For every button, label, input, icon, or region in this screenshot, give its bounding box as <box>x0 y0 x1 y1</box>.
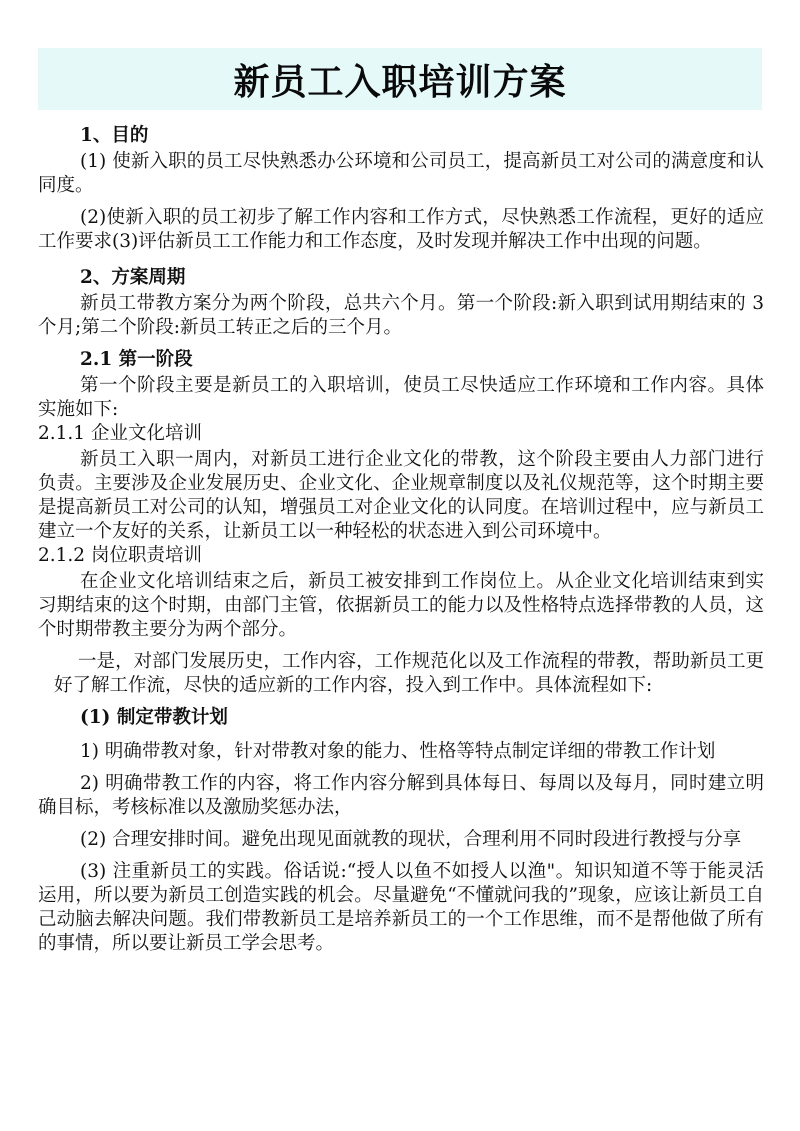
document-body: 1、目的 (1) 使新入职的员工尽快熟悉办公环境和公司员工，提高新员工对公司的满… <box>38 124 764 956</box>
section-heading-cycle: 2、方案周期 <box>38 266 764 292</box>
section-heading-culture-training: 2.1.1 企业文化培训 <box>38 422 764 448</box>
paragraph: 一是，对部门发展历史，工作内容，工作规范化以及工作流程的带教，帮助新员工更好了解… <box>38 650 764 698</box>
list-item: (3) 注重新员工的实践。俗话说:“授人以鱼不如授人以渔"。知识知道不等于能灵活… <box>38 860 764 956</box>
paragraph: (1) 使新入职的员工尽快熟悉办公环境和公司员工，提高新员工对公司的满意度和认同… <box>38 150 764 198</box>
list-item: (2) 合理安排时间。避免出现见面就教的现状，合理利用不同时段进行教授与分享 <box>38 828 764 852</box>
list-heading-plan: (1) 制定带教计划 <box>38 706 764 732</box>
paragraph: 在企业文化培训结束之后，新员工被安排到工作岗位上。从企业文化培训结束到实习期结束… <box>38 570 764 642</box>
paragraph: 第一个阶段主要是新员工的入职培训，使员工尽快适应工作环境和工作内容。具体实施如下… <box>38 374 764 422</box>
list-item: 1) 明确带教对象，针对带教对象的能力、性格等特点制定详细的带教工作计划 <box>38 740 764 764</box>
title-band: 新员工入职培训方案 <box>38 48 762 110</box>
section-heading-phase-one: 2.1 第一阶段 <box>38 348 764 374</box>
section-heading-duty-training: 2.1.2 岗位职责培训 <box>38 544 764 570</box>
list-item: 2) 明确带教工作的内容，将工作内容分解到具体每日、每周以及每月，同时建立明确目… <box>38 772 764 820</box>
document-title: 新员工入职培训方案 <box>233 54 566 105</box>
section-heading-purpose: 1、目的 <box>38 124 764 150</box>
paragraph: (2)使新入职的员工初步了解工作内容和工作方式，尽快熟悉工作流程，更好的适应工作… <box>38 206 764 254</box>
paragraph: 新员工入职一周内，对新员工进行企业文化的带教，这个阶段主要由人力部门进行负责。主… <box>38 448 764 544</box>
paragraph: 新员工带教方案分为两个阶段，总共六个月。第一个阶段:新入职到试用期结束的 3 个… <box>38 292 764 340</box>
